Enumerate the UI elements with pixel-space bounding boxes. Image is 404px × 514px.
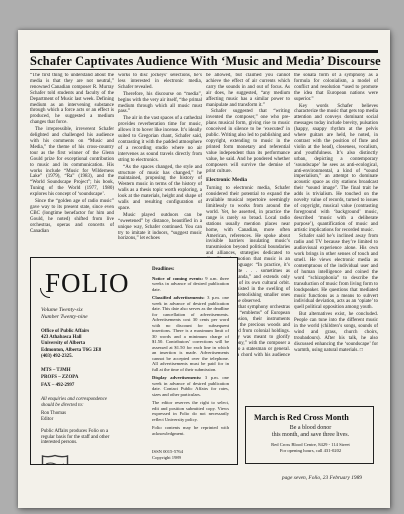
article-paragraph: But alternatives exist, he concluded. Pe… bbox=[294, 312, 378, 353]
editor-credit: Ron Thomas Editor bbox=[41, 411, 143, 423]
article-paragraph: The air in the vast spaces of a cathedra… bbox=[118, 116, 202, 163]
article-paragraph: Schafer suggested that “writing invented… bbox=[206, 109, 290, 174]
contact-codes: MTS – TJMH PROFS – ZZOPA FAX – 492-2997 bbox=[41, 367, 143, 389]
produced-note: Public Affairs produces Folio on a regul… bbox=[41, 429, 123, 446]
article-paragraph: Therefore, his discourse on “media”, beg… bbox=[118, 92, 202, 116]
folio-masthead-left-column: FOLIO Volume Twenty-six Number Twenty-ni… bbox=[41, 267, 143, 458]
article-column-2: works to disc jockeys’ selections, he’s … bbox=[118, 73, 202, 251]
enquiries-note: All enquiries and correspondence should … bbox=[41, 397, 119, 409]
university-branding: University of Alberta bbox=[41, 454, 143, 465]
volume-line: Volume Twenty-six bbox=[41, 307, 143, 314]
article-paragraph: Schafer said he’s inclined away from rad… bbox=[294, 234, 378, 311]
contact-code-line: PROFS – ZZOPA bbox=[41, 374, 143, 381]
publisher-address: Office of Public Affairs 423 Athabasca H… bbox=[41, 329, 143, 360]
reprint-note: Folio contents may be reprinted with ack… bbox=[152, 425, 229, 436]
folio-masthead-box: FOLIO Volume Twenty-six Number Twenty-ni… bbox=[30, 257, 238, 465]
article-headline: Schafer Captivates Audience With ‘Music … bbox=[30, 54, 378, 69]
newspaper-page: Schafer Captivates Audience With ‘Music … bbox=[18, 30, 390, 508]
article-paragraph: “The first thing to understand about the… bbox=[30, 73, 114, 126]
issn-copyright-block: ISSN 0015-5764 Copyright 1989 bbox=[152, 449, 229, 460]
article-paragraph: The irrepressible, irreverent Schafer de… bbox=[30, 127, 114, 198]
deadline-item: Notice of coming events: 9 a.m. three we… bbox=[152, 276, 229, 293]
article-paragraph: be allowed, but claimed you cannot achie… bbox=[206, 73, 290, 108]
article-paragraph: Since the “golden age of radio music” ga… bbox=[30, 199, 114, 234]
article-column-4: the sonata form of a symphony as a formu… bbox=[294, 73, 378, 389]
red-cross-phone: For opening hours, call 431-0202 bbox=[252, 448, 369, 454]
contact-code-line: FAX – 492-2997 bbox=[41, 382, 143, 389]
article-paragraph: works to disc jockeys’ selections, he’s … bbox=[118, 73, 202, 91]
article-paragraph: “As the spaces changed, the style and st… bbox=[118, 165, 202, 212]
address-line: (403) 492-2325. bbox=[41, 354, 143, 360]
deadline-item: Display advertisements: 3 p.m. one week … bbox=[152, 375, 229, 397]
deadlines-heading: Deadlines: bbox=[152, 267, 229, 273]
article-column-1: “The first thing to understand about the… bbox=[30, 73, 114, 251]
page-footer: page seven, Folio, 23 February 1989 bbox=[282, 475, 362, 481]
editorial-policy-note: The editor reserves the right to select,… bbox=[152, 400, 229, 422]
article-paragraph: Key words Schafer believes characterize … bbox=[294, 104, 378, 234]
deadlines-column: Deadlines: Notice of coming events: 9 a.… bbox=[152, 267, 229, 458]
deadline-item-lead: Classified advertisements: bbox=[152, 295, 205, 300]
red-cross-message-line: Be a blood donor bbox=[252, 425, 369, 432]
university-crest-icon bbox=[41, 454, 69, 465]
copyright-line: Copyright 1989 bbox=[152, 455, 229, 461]
article-paragraph: Music played outdoors can be “sweetened”… bbox=[118, 213, 202, 243]
deadline-item-text: Folio contents may be reprinted with ack… bbox=[152, 425, 229, 436]
red-cross-message-line: this month, and save three lives. bbox=[252, 432, 369, 439]
deadline-item-lead: Display advertisements: bbox=[152, 375, 201, 380]
contact-code-line: MTS – TJMH bbox=[41, 367, 143, 374]
red-cross-title: March is Red Cross Month bbox=[254, 413, 369, 422]
deadline-item-lead: Notice of coming events: bbox=[152, 276, 203, 281]
deadline-item-text: 3 p.m. one week in advance of desired pu… bbox=[152, 295, 229, 372]
folio-logo: FOLIO bbox=[45, 269, 143, 297]
editor-title: Editor bbox=[41, 417, 143, 423]
article-paragraph: the sonata form of a symphony as a formu… bbox=[294, 73, 378, 103]
red-cross-message: Be a blood donor this month, and save th… bbox=[252, 425, 369, 439]
section-subheading: Electronic Media bbox=[206, 178, 290, 184]
deadline-item: Classified advertisements: 3 p.m. one we… bbox=[152, 295, 229, 372]
top-rule bbox=[30, 50, 378, 53]
headline-rule bbox=[30, 69, 378, 70]
issue-line: Number Twenty-nine bbox=[41, 314, 143, 321]
red-cross-contact: Red Cross Blood Centre, 8429 - 114 Stree… bbox=[252, 442, 369, 454]
deadline-item-text: The editor reserves the right to select,… bbox=[152, 400, 229, 422]
red-cross-notice-box: March is Red Cross Month Be a blood dono… bbox=[245, 406, 374, 464]
